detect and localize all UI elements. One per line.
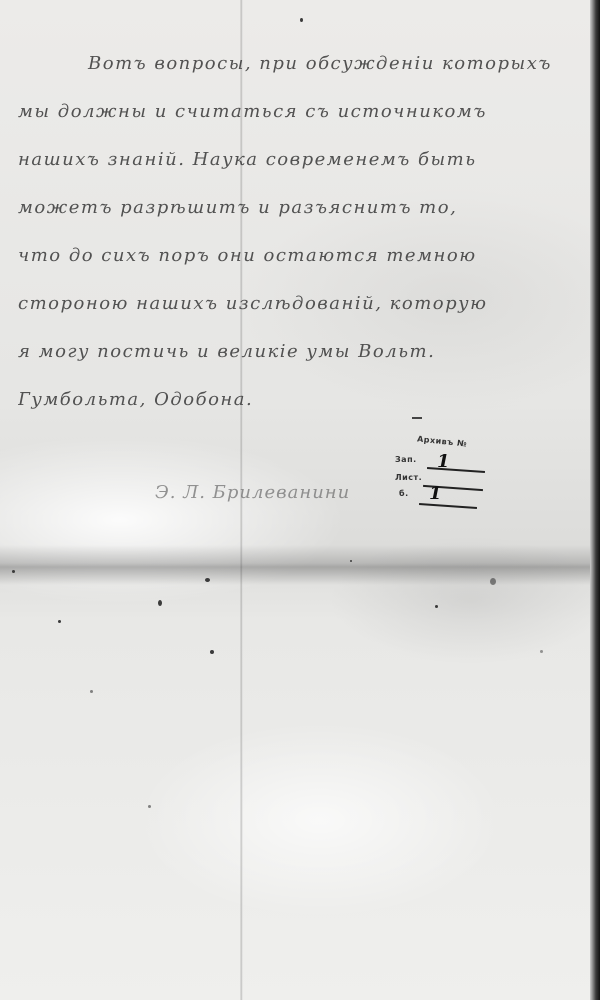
page-edge-shadow [590, 0, 600, 1000]
stamp-value: 1 [429, 483, 442, 504]
ink-speck [300, 18, 303, 22]
ink-speck [350, 560, 352, 562]
ink-speck [90, 690, 93, 693]
ink-speck [205, 578, 210, 582]
signature: Э. Л. Брилеванини [155, 482, 350, 503]
ink-speck [158, 600, 162, 606]
stamp-label: Зап. [395, 455, 417, 464]
ink-speck [210, 650, 214, 654]
ink-speck [540, 650, 543, 653]
ink-speck [148, 805, 151, 808]
horizontal-fold-crease [0, 545, 600, 585]
handwritten-text-block: Вотъ вопросы, при обсужденіи которыхъ мы… [18, 40, 588, 424]
text-line: стороною нашихъ изслѣдованій, которую [18, 280, 588, 328]
text-line: что до сихъ поръ они остаются темною [18, 232, 588, 280]
text-line: Вотъ вопросы, при обсужденіи которыхъ [18, 40, 588, 88]
stamp-label: Архивъ № [417, 434, 468, 448]
ink-speck [12, 570, 15, 573]
text-line: я могу постичь и великіе умы Вольт. [18, 328, 588, 376]
text-line: Гумбольта, Одобона. [18, 376, 588, 424]
stamp-value: 1 [437, 451, 450, 472]
ink-speck [435, 605, 438, 608]
ink-speck [58, 620, 61, 623]
stamp-rule [419, 503, 477, 509]
text-line: нашихъ знаній. Наука современемъ быть [18, 136, 588, 184]
ink-speck [490, 578, 496, 585]
text-line: можетъ разрѣшитъ и разъяснитъ то, [18, 184, 588, 232]
archive-stamp: Архивъ № Зап. Лист. б. 1 1 [395, 435, 495, 515]
manuscript-page: Вотъ вопросы, при обсужденіи которыхъ мы… [0, 0, 600, 1000]
ink-dash [412, 417, 422, 419]
stamp-rule [427, 467, 485, 473]
text-line: мы должны и считаться съ источникомъ [18, 88, 588, 136]
stamp-label: Лист. [395, 473, 422, 482]
stamp-label: б. [399, 489, 409, 498]
